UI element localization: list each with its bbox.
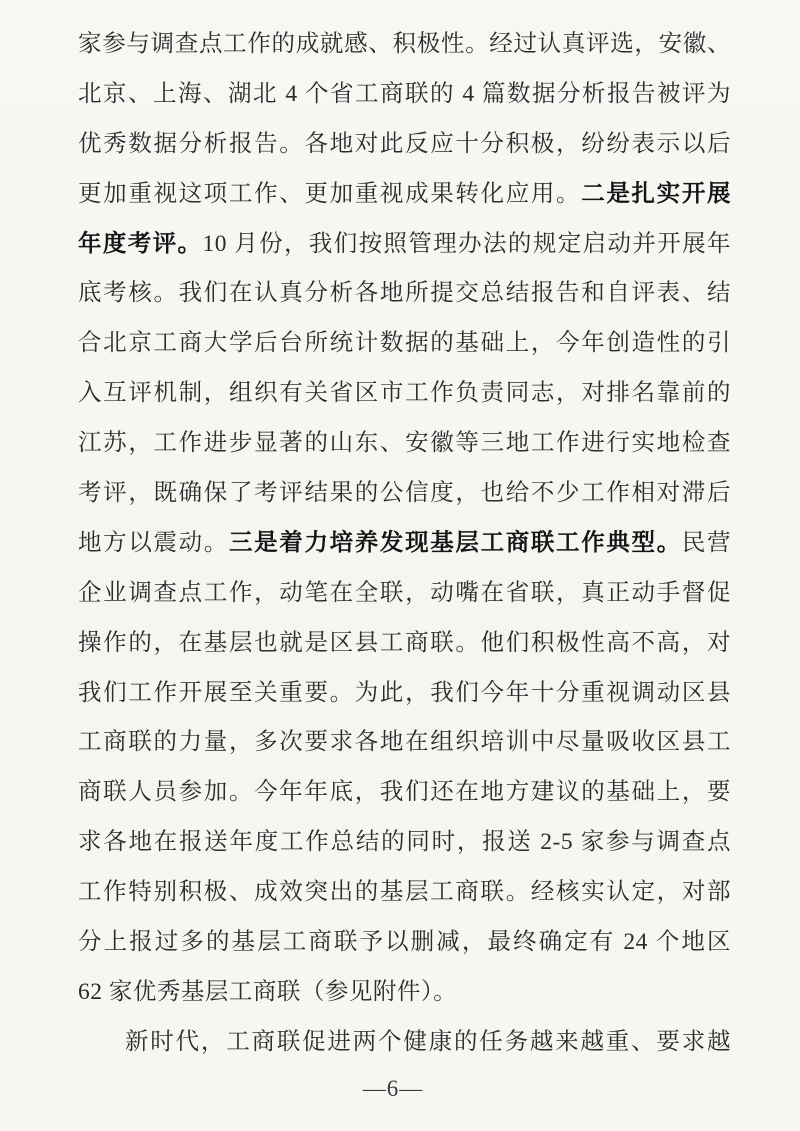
body-text: 底考核。我们在认真分析各地所提交总结报告和自评表、结 xyxy=(78,280,731,306)
text-line-15: 工商联的力量，多次要求各地在组织培训中尽量吸收区县工 xyxy=(78,718,731,768)
body-text: 我们工作开展至关重要。为此，我们今年十分重视调动区县 xyxy=(78,680,731,706)
text-line-10: 考评，既确保了考评结果的公信度，也给不少工作相对滞后 xyxy=(78,469,731,519)
page-number: —6— xyxy=(0,1076,786,1102)
body-text: 江苏，工作进步显著的山东、安徽等三地工作进行实地检查 xyxy=(78,430,731,456)
body-text: 工作特别积极、成效突出的基层工商联。经核实认定，对部 xyxy=(78,879,731,905)
text-line-6: 底考核。我们在认真分析各地所提交总结报告和自评表、结 xyxy=(78,269,731,319)
bold-emphasis-text: 二是扎实开展 xyxy=(581,181,731,207)
body-text: 入互评机制，组织有关省区市工作负责同志，对排名靠前的 xyxy=(78,380,731,406)
body-text: 10 月份，我们按照管理办法的规定启动并开展年 xyxy=(202,231,731,257)
body-text: 企业调查点工作，动笔在全联，动嘴在省联，真正动手督促 xyxy=(78,580,731,606)
text-line-19: 分上报过多的基层工商联予以删减，最终确定有 24 个地区 xyxy=(78,918,731,968)
body-text: 求各地在报送年度工作总结的同时，报送 2-5 家参与调查点 xyxy=(78,829,731,855)
body-text: 操作的，在基层也就是区县工商联。他们积极性高不高，对 xyxy=(78,630,731,656)
text-line-16: 商联人员参加。今年年底，我们还在地方建议的基础上，要 xyxy=(78,768,731,818)
text-line-5: 年度考评。10 月份，我们按照管理办法的规定启动并开展年 xyxy=(78,220,731,270)
body-text: 优秀数据分析报告。各地对此反应十分积极，纷纷表示以后 xyxy=(78,131,731,157)
text-line-18: 工作特别积极、成效突出的基层工商联。经核实认定，对部 xyxy=(78,868,731,918)
text-line-2: 北京、上海、湖北 4 个省工商联的 4 篇数据分析报告被评为 xyxy=(78,70,731,120)
document-page: 家参与调查点工作的成就感、积极性。经过认真评选，安徽、北京、上海、湖北 4 个省… xyxy=(0,0,800,1131)
text-line-17: 求各地在报送年度工作总结的同时，报送 2-5 家参与调查点 xyxy=(78,818,731,868)
bold-emphasis-text: 三是着力培养发现基层工商联工作典型。 xyxy=(229,530,682,556)
body-text: 62 家优秀基层工商联（参见附件）。 xyxy=(78,979,457,1005)
text-line-11: 地方以震动。三是着力培养发现基层工商联工作典型。民营 xyxy=(78,519,731,569)
text-line-8: 入互评机制，组织有关省区市工作负责同志，对排名靠前的 xyxy=(78,369,731,419)
body-text: 家参与调查点工作的成就感、积极性。经过认真评选，安徽、 xyxy=(78,31,731,57)
bold-emphasis-text: 年度考评。 xyxy=(78,231,202,257)
body-text: 考评，既确保了考评结果的公信度，也给不少工作相对滞后 xyxy=(78,480,731,506)
text-line-21: 新时代，工商联促进两个健康的任务越来越重、要求越 xyxy=(78,1018,731,1068)
text-line-1: 家参与调查点工作的成就感、积极性。经过认真评选，安徽、 xyxy=(78,20,731,70)
text-line-3: 优秀数据分析报告。各地对此反应十分积极，纷纷表示以后 xyxy=(78,120,731,170)
text-block: 家参与调查点工作的成就感、积极性。经过认真评选，安徽、北京、上海、湖北 4 个省… xyxy=(78,20,731,1068)
body-text: 合北京工商大学后台所统计数据的基础上，今年创造性的引 xyxy=(78,330,731,356)
text-line-20: 62 家优秀基层工商联（参见附件）。 xyxy=(78,968,731,1018)
text-line-13: 操作的，在基层也就是区县工商联。他们积极性高不高，对 xyxy=(78,619,731,669)
body-text: 新时代，工商联促进两个健康的任务越来越重、要求越 xyxy=(125,1029,731,1055)
body-text: 北京、上海、湖北 4 个省工商联的 4 篇数据分析报告被评为 xyxy=(78,81,731,107)
body-text: 分上报过多的基层工商联予以删减，最终确定有 24 个地区 xyxy=(78,929,731,955)
text-line-9: 江苏，工作进步显著的山东、安徽等三地工作进行实地检查 xyxy=(78,419,731,469)
text-line-4: 更加重视这项工作、更加重视成果转化应用。二是扎实开展 xyxy=(78,170,731,220)
body-text: 更加重视这项工作、更加重视成果转化应用。 xyxy=(78,181,581,207)
text-line-14: 我们工作开展至关重要。为此，我们今年十分重视调动区县 xyxy=(78,669,731,719)
text-line-7: 合北京工商大学后台所统计数据的基础上，今年创造性的引 xyxy=(78,319,731,369)
body-text: 工商联的力量，多次要求各地在组织培训中尽量吸收区县工 xyxy=(78,729,731,755)
body-text: 民营 xyxy=(682,530,731,556)
body-text: 商联人员参加。今年年底，我们还在地方建议的基础上，要 xyxy=(78,779,731,805)
text-line-12: 企业调查点工作，动笔在全联，动嘴在省联，真正动手督促 xyxy=(78,569,731,619)
body-text: 地方以震动。 xyxy=(78,530,229,556)
